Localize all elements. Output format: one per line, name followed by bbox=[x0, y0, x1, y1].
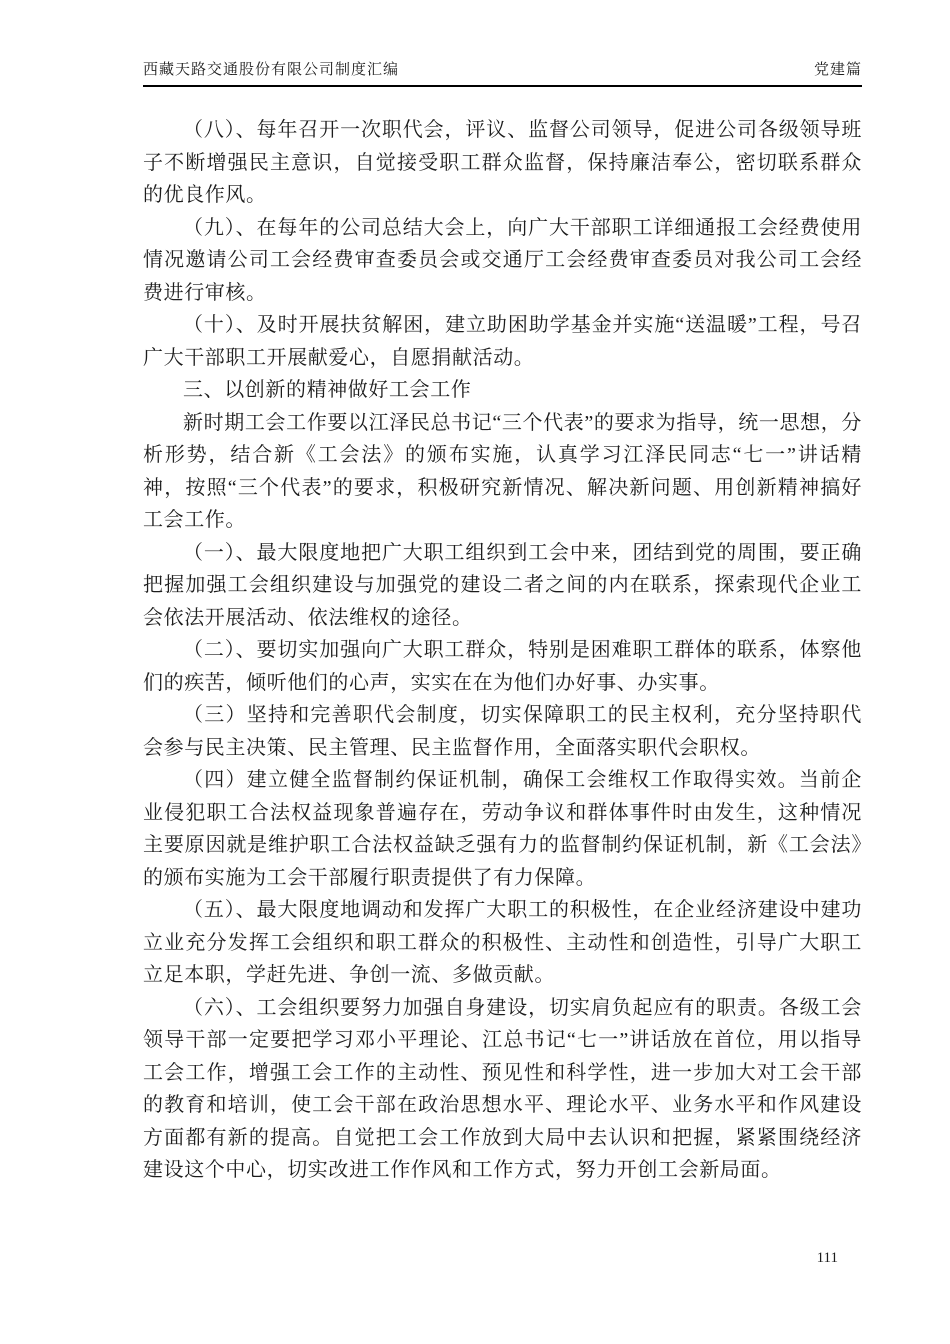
header-section: 党建篇 bbox=[814, 58, 862, 79]
paragraph: （四）建立健全监督制约保证机制，确保工会维权工作取得实效。当前企业侵犯职工合法权… bbox=[143, 764, 862, 894]
header-title: 西藏天路交通股份有限公司制度汇编 bbox=[143, 58, 399, 79]
document-page: 西藏天路交通股份有限公司制度汇编 党建篇 （八）、每年召开一次职代会，评议、监督… bbox=[0, 0, 950, 1344]
page-header: 西藏天路交通股份有限公司制度汇编 党建篇 bbox=[143, 58, 862, 87]
paragraph: （九）、在每年的公司总结大会上，向广大干部职工详细通报工会经费使用情况邀请公司工… bbox=[143, 212, 862, 310]
paragraph: （二）、要切实加强向广大职工群众，特别是困难职工群体的联系，体察他们的疾苦，倾听… bbox=[143, 634, 862, 699]
paragraph: （三）坚持和完善职代会制度，切实保障职工的民主权利，充分坚持职代会参与民主决策、… bbox=[143, 699, 862, 764]
page-number: 111 bbox=[817, 1250, 838, 1266]
page-footer: 111 bbox=[143, 1250, 838, 1267]
paragraph: （六）、工会组织要努力加强自身建设，切实肩负起应有的职责。各级工会领导干部一定要… bbox=[143, 992, 862, 1187]
paragraph: （八）、每年召开一次职代会，评议、监督公司领导，促进公司各级领导班子不断增强民主… bbox=[143, 114, 862, 212]
paragraph: （五）、最大限度地调动和发挥广大职工的积极性，在企业经济建设中建功立业充分发挥工… bbox=[143, 894, 862, 992]
section-heading: 三、以创新的精神做好工会工作 bbox=[143, 374, 862, 407]
paragraph: （十）、及时开展扶贫解困，建立助困助学基金并实施“送温暖”工程，号召广大干部职工… bbox=[143, 309, 862, 374]
paragraph: 新时期工会工作要以江泽民总书记“三个代表”的要求为指导，统一思想，分析形势，结合… bbox=[143, 407, 862, 537]
document-body: （八）、每年召开一次职代会，评议、监督公司领导，促进公司各级领导班子不断增强民主… bbox=[143, 114, 862, 1187]
paragraph: （一）、最大限度地把广大职工组织到工会中来，团结到党的周围，要正确把握加强工会组… bbox=[143, 537, 862, 635]
